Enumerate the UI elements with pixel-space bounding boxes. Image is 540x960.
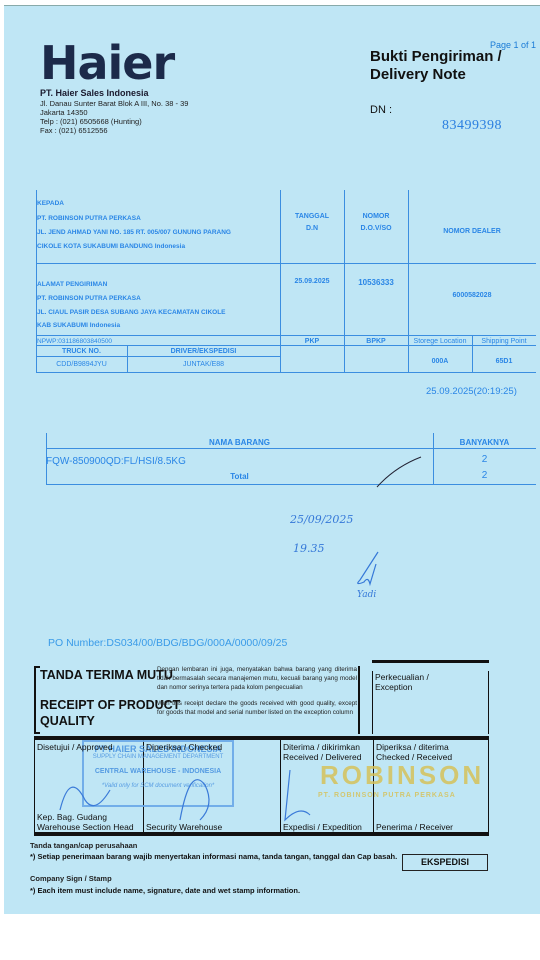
tanggal-value: 25.09.2025 — [280, 278, 344, 285]
recipient-name: PT. ROBINSON PUTRA PERKASA — [37, 215, 141, 222]
header-tanggal-l2: D.N — [280, 225, 344, 232]
company-city: Jakarta 14350 — [40, 108, 88, 117]
table-row-line — [36, 263, 536, 264]
recipient-address-1: JL. JEND AHMAD YANI NO. 185 RT. 005/007 … — [37, 229, 231, 236]
dn-label: DN : — [370, 104, 392, 116]
footer-note-id: *) Setiap penerimaan barang wajib menyer… — [30, 852, 397, 861]
sig-delivered-label-1: Diterima / dikirimkan — [283, 742, 360, 752]
table-row-line — [36, 372, 536, 373]
sig-received-label-2: Checked / Received — [376, 752, 452, 762]
sig-approved-label: Disetujui / Approved — [37, 742, 113, 752]
bracket-left-bottom — [34, 732, 40, 734]
company-phone: Telp : (021) 6505668 (Hunting) — [40, 117, 142, 126]
table-row-line — [36, 356, 280, 357]
check-mark-stroke — [375, 455, 425, 490]
dn-number: 83499398 — [442, 118, 502, 134]
shipping-point-value: 65D1 — [472, 358, 536, 365]
driver-value: JUNTAK/E88 — [127, 361, 280, 368]
exception-label: Perkecualian / Exception — [375, 672, 429, 692]
header-nomor: NOMOR D.O.V/SO — [344, 213, 408, 232]
quality-title-id: TANDA TERIMA MUTU — [40, 668, 173, 682]
header-tanggal-l1: TANGGAL — [280, 213, 344, 220]
title-line-1: Bukti Pengiriman / — [370, 48, 502, 66]
sig-received-role: Penerima / Receiver — [376, 822, 453, 832]
table-row-line — [36, 335, 536, 336]
page-indicator: Page 1 of 1 — [490, 40, 536, 50]
exception-label-l2: Exception — [375, 682, 429, 692]
title-line-2: Delivery Note — [370, 66, 502, 84]
bracket-left — [34, 666, 36, 734]
header-truck-no: TRUCK NO. — [36, 348, 127, 355]
quality-text-en: With this receipt declare the goods rece… — [157, 699, 357, 717]
haier-logo: Haier — [40, 40, 174, 86]
header-driver: DRIVER/EKSPEDISI — [127, 348, 280, 355]
header-banyaknya: BANYAKNYA — [433, 438, 536, 447]
signature-scribbles — [40, 760, 340, 830]
header-nama-barang: NAMA BARANG — [46, 438, 433, 447]
header-bpkp: BPKP — [344, 338, 408, 345]
handwritten-time: 19.35 — [293, 542, 325, 555]
footer-sign-id: Tanda tangan/cap perusahaan — [30, 841, 137, 850]
sig-divider — [488, 740, 489, 832]
company-address: Jl. Danau Sunter Barat Blok A III, No. 3… — [40, 99, 188, 108]
exception-top-border — [372, 660, 489, 663]
items-row-line — [46, 484, 536, 485]
header-nomor-l2: D.O.V/SO — [344, 225, 408, 232]
exception-label-l1: Perkecualian / — [375, 672, 429, 682]
sig-received-label-1: Diperiksa / diterima — [376, 742, 449, 752]
footer-sign-en: Company Sign / Stamp — [30, 874, 112, 883]
po-number: PO Number:DS034/00/BDG/BDG/000A/0000/09/… — [48, 637, 287, 649]
footer-note-en: *) Each item must include name, signatur… — [30, 886, 300, 895]
header-storage-location: Storege Location — [408, 338, 472, 345]
shipping-label: ALAMAT PENGIRIMAN — [37, 281, 107, 288]
items-row-line — [46, 448, 536, 449]
sig-checked-label: Diperiksa / Checked — [146, 742, 222, 752]
bracket-right — [358, 666, 360, 734]
copy-label-ekspedisi: EKSPEDISI — [402, 854, 488, 871]
signature-scribble — [350, 550, 390, 590]
handwritten-date: 25/09/2025 — [290, 513, 353, 526]
quality-title-en-2: QUALITY — [40, 714, 95, 728]
nomor-value: 10536333 — [344, 278, 408, 287]
item-name: FQW-850900QD:FL/HSI/8.5KG — [46, 456, 186, 467]
storage-value: 000A — [408, 358, 472, 365]
company-name: PT. Haier Sales Indonesia — [40, 88, 149, 98]
document-title: Bukti Pengiriman / Delivery Note — [370, 48, 502, 84]
shipping-address-1: JL. CIAUL PASIR DESA SUBANG JAYA KECAMAT… — [37, 309, 226, 316]
handwritten-name: Yadi — [357, 590, 376, 600]
recipient-address-2: CIKOLE KOTA SUKABUMI BANDUNG Indonesia — [37, 243, 185, 250]
exception-left-border — [372, 671, 373, 734]
signature-bottom-border — [34, 832, 489, 836]
robinson-stamp: ROBINSON — [320, 760, 484, 791]
header-nomor-dealer: NOMOR DEALER — [408, 228, 536, 235]
sig-divider — [34, 740, 35, 832]
npwp: NPWP:031186803840500 — [37, 338, 112, 345]
header-shipping-point: Shipping Point — [472, 338, 536, 345]
header-pkp: PKP — [280, 338, 344, 345]
item-qty: 2 — [433, 454, 536, 465]
company-fax: Fax : (021) 6512556 — [40, 126, 108, 135]
total-qty: 2 — [433, 470, 536, 481]
recipient-label: KEPADA — [37, 200, 64, 207]
header-nomor-l1: NOMOR — [344, 213, 408, 220]
printed-timestamp: 25.09.2025(20:19:25) — [426, 386, 517, 397]
quality-text-id: Dengan lembaran ini juga, menyatakan bah… — [157, 665, 357, 692]
table-row-line — [36, 345, 536, 346]
shipping-name: PT. ROBINSON PUTRA PERKASA — [37, 295, 141, 302]
header-tanggal: TANGGAL D.N — [280, 213, 344, 232]
truck-no-value: CDD/B9894JYU — [36, 361, 127, 368]
dealer-value: 6000582028 — [408, 292, 536, 299]
exception-right-border — [488, 671, 489, 734]
shipping-address-2: KAB SUKABUMI Indonesia — [37, 322, 120, 329]
